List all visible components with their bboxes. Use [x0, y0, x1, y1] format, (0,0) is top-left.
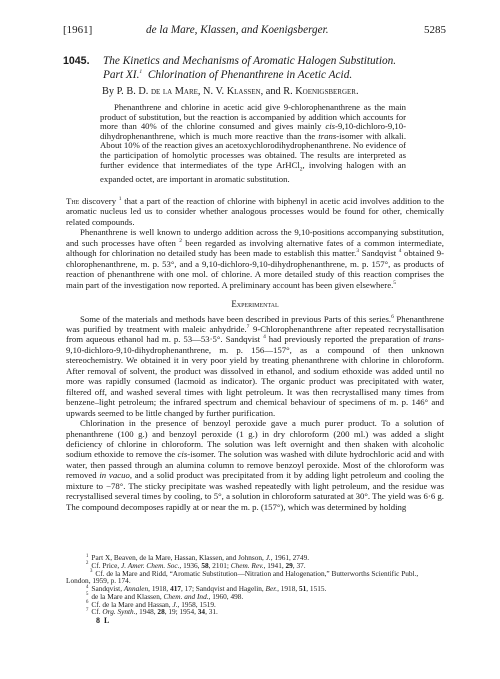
- title-line-1: The Kinetics and Mechanisms of Aromatic …: [103, 54, 445, 68]
- experimental-paragraph-2: Chlorination in the presence of benzoyl …: [66, 418, 444, 512]
- footnote-7: 7Cf. Org. Synth., 1948, 28, 19; 1954, 34…: [66, 608, 444, 616]
- signature-mark: 8 L: [96, 616, 110, 625]
- article-number: 1045.: [63, 55, 90, 67]
- intro-paragraph-2: Phenanthrene is well known to undergo ad…: [66, 227, 444, 290]
- author-byline: By P. B. D. de la Mare, N. V. Klassen, a…: [102, 86, 359, 97]
- footnote-ref: 5: [393, 280, 396, 286]
- abstract: Phenanthrene and chlorine in acetic acid…: [100, 103, 406, 184]
- running-head-authors: de la Mare, Klassen, and Koenigsberger.: [146, 24, 329, 36]
- running-head: [1961] de la Mare, Klassen, and Koenigsb…: [66, 24, 444, 38]
- article-body: The discovery 1 that a part of the react…: [66, 196, 444, 512]
- article-title: The Kinetics and Mechanisms of Aromatic …: [103, 54, 445, 82]
- title-line-2: Part XI.1 Chlorination of Phenanthrene i…: [103, 68, 445, 82]
- page-number: 5285: [424, 24, 446, 36]
- experimental-paragraph-1: Some of the materials and methods have b…: [66, 314, 444, 419]
- section-heading-experimental: Experimental: [66, 299, 444, 309]
- footnote-3: 3Cf. de la Mare and Ridd, “Aromatic Subs…: [66, 570, 444, 586]
- journal-year: [1961]: [63, 24, 92, 36]
- abstract-paragraph: Phenanthrene and chlorine in acetic acid…: [100, 103, 406, 184]
- intro-paragraph-1: The discovery 1 that a part of the react…: [66, 196, 444, 227]
- footnote-ref: 1: [139, 69, 142, 75]
- footnotes: 1Part X, Beaven, de la Mare, Hassan, Kla…: [66, 554, 444, 616]
